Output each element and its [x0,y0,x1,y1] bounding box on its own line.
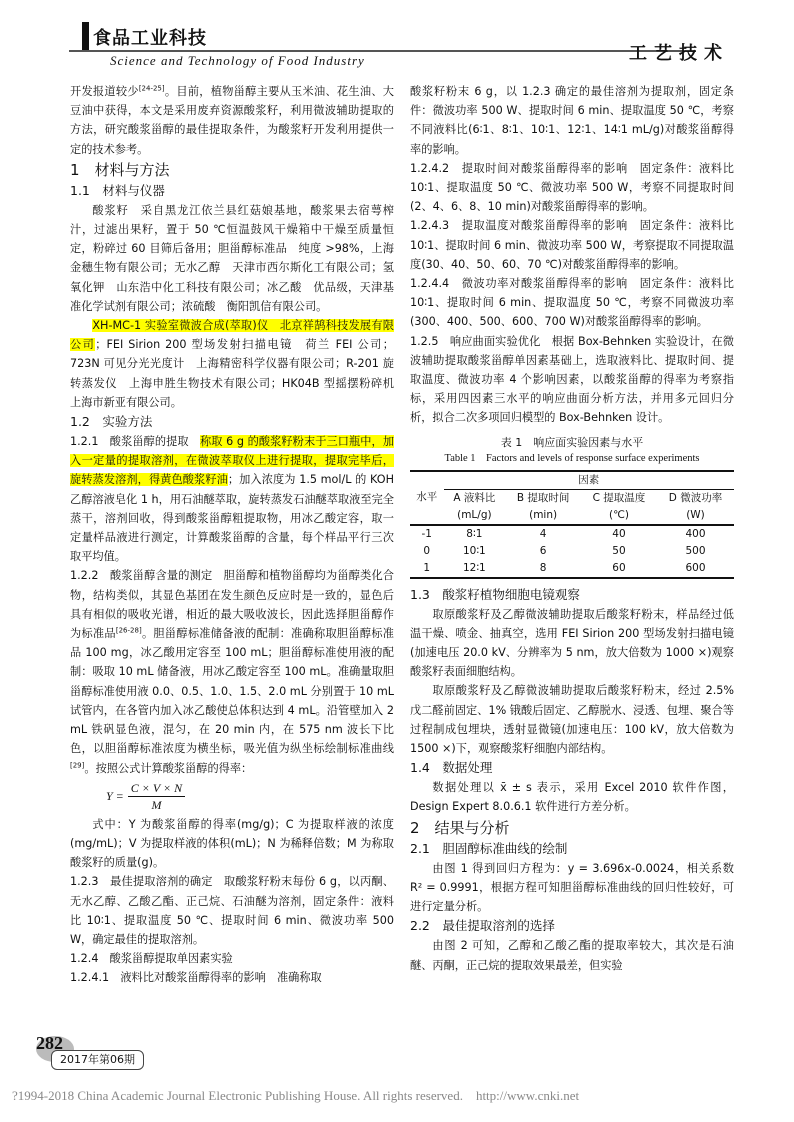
citation: [26-28] [116,626,142,634]
header-accent-bar [82,22,89,50]
table-cell: 500 [657,543,734,560]
sem-paragraph: 取原酸浆籽及乙醇微波辅助提取后酸浆籽粉末，样品经过低温干燥、喷金、抽真空，选用 … [410,605,734,682]
intro-text: 开发报道较少 [70,85,139,98]
table-caption-cn: 表 1 响应面实验因素与水平 [410,434,734,451]
heading-1-3: 1.3 酸浆籽植物细胞电镜观察 [410,585,734,605]
heading-1: 1 材料与方法 [70,159,394,181]
heading-2-2: 2.2 最佳提取溶剂的选择 [410,916,734,936]
table-cell: 1 [410,560,444,578]
formula-note: 式中：Y 为酸浆甾醇的得率(mg/g)；C 为提取样液的浓度(mg/mL)；V … [70,815,394,873]
formula-lhs: Y = [106,787,124,806]
instruments-paragraph: XH-MC-1 实验室微波合成(萃取)仪 北京祥鹄科技发展有限公司；FEI Si… [70,316,394,412]
table-cell: 0 [410,543,444,560]
table-cell: 4 [505,525,581,543]
table-cell: 8 [505,560,581,578]
column-header: C 提取温度 [581,489,657,507]
table-cell: 600 [657,560,734,578]
subsection-title: 1.2.1 酸浆甾醇的提取 [70,435,200,448]
standard-curve-paragraph: 由图 1 得到回归方程为：y = 3.696x-0.0024，相关系数 R² =… [410,859,734,917]
section-1-2-5: 1.2.5 响应曲面实验优化 根据 Box-Behnken 实验设计，在微波辅助… [410,332,734,428]
column-unit: (W) [657,507,734,525]
table-row: -1 8∶1 4 40 400 [410,525,734,543]
solvent-selection-paragraph: 由图 2 可知，乙醇和乙酸乙酯的提取率较大，其次是石油醚、丙酮，正己烷的提取效果… [410,936,734,974]
factors-levels-table: 水平 因素 A 液料比 B 提取时间 C 提取温度 D 微波功率 (mL/g) … [410,470,734,579]
issue-label: 2017年第06期 [51,1050,144,1070]
section-1-2-2: 1.2.2 酸浆甾醇含量的测定 胆甾醇和植物甾醇均为甾醇类化合物，结构类似，其显… [70,566,394,777]
table-cell: 50 [581,543,657,560]
table-row: 1 12∶1 8 60 600 [410,560,734,578]
instruments-text: ；FEI Sirion 200 型场发射扫描电镜 荷兰 FEI 公司；723N … [70,338,405,409]
heading-2: 2 结果与分析 [410,817,734,839]
tem-paragraph: 取原酸浆籽及乙醇微波辅助提取后酸浆籽粉末，经过 2.5% 戊二醛前固定、1% 锇… [410,681,734,758]
column-unit: (℃) [581,507,657,525]
table-cell: 10∶1 [444,543,506,560]
formula-numerator: C × V × N [128,780,185,797]
heading-1-4: 1.4 数据处理 [410,758,734,778]
table-cell: -1 [410,525,444,543]
intro-paragraph: 开发报道较少[24-25]。目前，植物甾醇主要从玉米油、花生油、大豆油中获得，本… [70,82,394,159]
formula-denominator: M [151,797,161,813]
paragraph-text: ；加入浓度为 1.5 mol/L 的 KOH 乙醇溶液皂化 1 h，用石油醚萃取… [70,473,394,563]
journal-title-cn: 食品工业科技 [93,24,207,50]
factor-group-header: 因素 [444,471,735,490]
table-cell: 6 [505,543,581,560]
citation: [24-25] [139,84,165,92]
table-cell: 40 [581,525,657,543]
yield-formula: Y = C × V × N M [106,780,394,813]
section-1-2-4-1-cont: 酸浆籽粉末 6 g，以 1.2.3 确定的最佳溶剂为提取剂，固定条件：微波功率 … [410,82,734,159]
heading-1-2: 1.2 实验方法 [70,412,394,432]
paragraph-text: 。按照公式计算酸浆甾醇的得率： [84,762,252,775]
section-1-2-4: 1.2.4 酸浆甾醇提取单因素实验 [70,949,394,968]
heading-2-1: 2.1 胆固醇标准曲线的绘制 [410,839,734,859]
table-cell: 60 [581,560,657,578]
header-rule [69,50,696,52]
data-processing-paragraph: 数据处理以 x̄ ± s 表示，采用 Excel 2010 软件作图，Desig… [410,778,734,816]
section-1-2-3: 1.2.3 最佳提取溶剂的确定 取酸浆籽粉末每份 6 g，以丙酮、无水乙醇、乙酸… [70,872,394,949]
section-1-2-1: 1.2.1 酸浆甾醇的提取 称取 6 g 的酸浆籽粉末于三口瓶中，加入一定量的提… [70,432,394,566]
column-unit: (mL/g) [444,507,506,525]
table-cell: 12∶1 [444,560,506,578]
table-row: 0 10∶1 6 50 500 [410,543,734,560]
column-header: A 液料比 [444,489,506,507]
formula-fraction: C × V × N M [128,780,185,813]
section-1-2-4-1: 1.2.4.1 液料比对酸浆甾醇得率的影响 准确称取 [70,968,394,987]
materials-paragraph: 酸浆籽 采自黑龙江依兰县红菇娘基地，酸浆果去宿萼榨汁，过滤出果籽，置于 50 ℃… [70,201,394,316]
left-column: 开发报道较少[24-25]。目前，植物甾醇主要从玉米油、花生油、大豆油中获得，本… [70,82,394,988]
section-1-2-4-2: 1.2.4.2 提取时间对酸浆甾醇得率的影响 固定条件：液料比 10∶1、提取温… [410,159,734,217]
copyright-notice: ?1994-2018 China Academic Journal Electr… [12,1085,579,1104]
section-1-2-4-4: 1.2.4.4 微波功率对酸浆甾醇得率的影响 固定条件：液料比 10∶1、提取时… [410,274,734,332]
journal-title-en: Science and Technology of Food Industry [110,53,365,69]
table-cell: 400 [657,525,734,543]
column-header: D 微波功率 [657,489,734,507]
section-label: 工艺技术 [629,39,729,65]
citation: [29] [70,761,84,769]
table-caption-en: Table 1 Factors and levels of response s… [410,451,734,467]
column-header: B 提取时间 [505,489,581,507]
paragraph-text: 。胆甾醇标准储备液的配制：准确称取胆甾醇标准品 100 mg，冰乙酸用定容至 1… [70,627,394,755]
section-1-2-4-3: 1.2.4.3 提取温度对酸浆甾醇得率的影响 固定条件：液料比 10∶1、提取时… [410,216,734,274]
column-unit: (min) [505,507,581,525]
table-cell: 8∶1 [444,525,506,543]
level-header: 水平 [410,471,444,525]
heading-1-1: 1.1 材料与仪器 [70,181,394,201]
right-column: 酸浆籽粉末 6 g，以 1.2.3 确定的最佳溶剂为提取剂，固定条件：微波功率 … [410,82,734,975]
